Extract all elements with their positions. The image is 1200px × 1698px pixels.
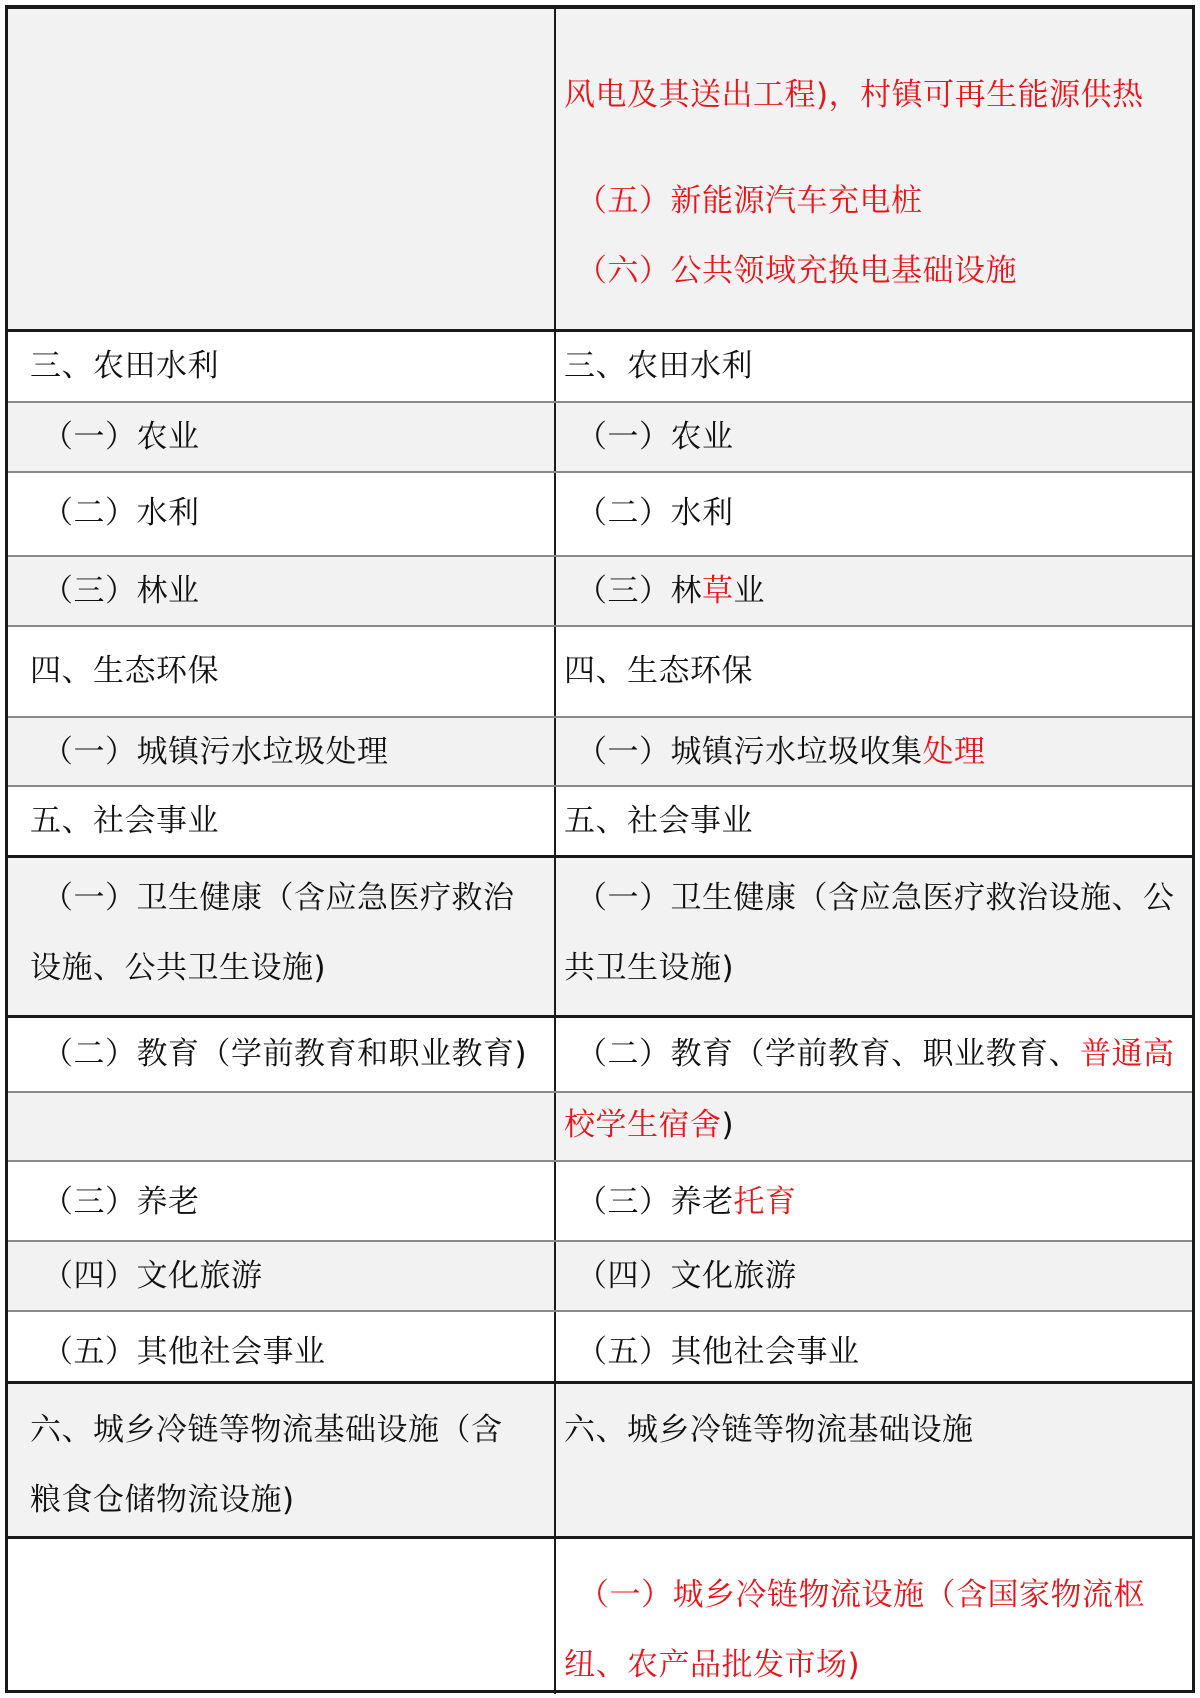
- new-catalog-cell: （三）林草业: [554, 557, 1192, 625]
- cell-text-line: 风电及其送出工程)，村镇可再生能源供热: [564, 75, 1144, 115]
- highlighted-change-text: （一）城乡冷链物流设施（含国家物流枢: [578, 1577, 1145, 1613]
- cell-text-line: （一）卫生健康（含应急医疗救治: [42, 878, 515, 918]
- text-segment: （一）卫生健康（含应急医疗救治: [42, 880, 515, 916]
- cell-text-line: 粮食仓储物流设施): [30, 1480, 295, 1520]
- new-catalog-cell: 校学生宿舍): [554, 1093, 1192, 1160]
- text-segment: （二）教育（学前教育和职业教育): [42, 1036, 527, 1072]
- cell-text-line: （一）农业: [42, 417, 200, 457]
- new-catalog-cell: （一）城镇污水垃圾收集处理: [554, 718, 1192, 785]
- text-segment: （三）养老: [42, 1184, 200, 1220]
- text-segment: 六、城乡冷链等物流基础设施: [564, 1412, 974, 1448]
- text-segment: 粮食仓储物流设施): [30, 1482, 295, 1518]
- cell-text-line: （五）新能源汽车充电桩: [576, 181, 923, 221]
- new-catalog-cell: （二）教育（学前教育、职业教育、普通高: [554, 1018, 1192, 1091]
- cell-text-line: 六、城乡冷链等物流基础设施: [564, 1410, 974, 1450]
- text-segment: 共卫生设施): [564, 950, 734, 986]
- old-catalog-cell: （一）农业: [8, 403, 554, 471]
- old-catalog-cell: 五、社会事业: [8, 787, 554, 855]
- highlighted-change-text: 处理: [923, 734, 986, 770]
- table-row: 校学生宿舍): [8, 1093, 1192, 1162]
- text-segment: （一）城镇污水垃圾处理: [42, 734, 389, 770]
- table-row: （一）城镇污水垃圾处理（一）城镇污水垃圾收集处理: [8, 718, 1192, 787]
- text-segment: （二）水利: [42, 495, 200, 531]
- old-catalog-cell: [8, 1093, 554, 1160]
- text-segment: 业: [734, 573, 766, 609]
- new-catalog-cell: （三）养老托育: [554, 1162, 1192, 1240]
- highlighted-change-text: 托育: [734, 1184, 797, 1220]
- new-catalog-cell: （四）文化旅游: [554, 1242, 1192, 1310]
- text-segment: （二）教育（学前教育、职业教育、: [576, 1036, 1080, 1072]
- text-segment: （一）农业: [42, 419, 200, 455]
- highlighted-change-text: （六）公共领域充换电基础设施: [576, 253, 1017, 289]
- text-segment: 四、生态环保: [564, 653, 753, 689]
- text-segment: （二）水利: [576, 495, 734, 531]
- old-catalog-cell: （二）教育（学前教育和职业教育): [8, 1018, 554, 1091]
- table-row: （二）水利（二）水利: [8, 473, 1192, 557]
- text-segment: 设施、公共卫生设施): [30, 950, 326, 986]
- text-segment: （四）文化旅游: [42, 1258, 263, 1294]
- cell-text-line: 共卫生设施): [564, 948, 734, 988]
- table-row: 四、生态环保四、生态环保: [8, 627, 1192, 718]
- old-catalog-cell: （五）其他社会事业: [8, 1312, 554, 1381]
- new-catalog-cell: 风电及其送出工程)，村镇可再生能源供热（五）新能源汽车充电桩（六）公共领域充换电…: [554, 9, 1192, 329]
- text-segment: （五）其他社会事业: [42, 1334, 326, 1370]
- text-segment: 四、生态环保: [30, 653, 219, 689]
- text-segment: （三）养老: [576, 1184, 734, 1220]
- highlighted-change-text: 纽、农产品批发市场): [564, 1647, 860, 1683]
- cell-text-line: 四、生态环保: [564, 651, 753, 691]
- old-catalog-cell: [8, 1539, 554, 1694]
- new-catalog-cell: 五、社会事业: [554, 787, 1192, 855]
- table-row: （二）教育（学前教育和职业教育)（二）教育（学前教育、职业教育、普通高: [8, 1018, 1192, 1093]
- new-catalog-cell: 三、农田水利: [554, 332, 1192, 401]
- cell-text-line: （四）文化旅游: [576, 1256, 797, 1296]
- old-catalog-cell: （二）水利: [8, 473, 554, 555]
- text-segment: （三）林: [576, 573, 702, 609]
- cell-text-line: 五、社会事业: [30, 801, 219, 841]
- cell-text-line: （二）水利: [576, 493, 734, 533]
- cell-text-line: （一）城乡冷链物流设施（含国家物流枢: [578, 1575, 1145, 1615]
- highlighted-change-text: 普通高: [1080, 1036, 1175, 1072]
- new-catalog-cell: 六、城乡冷链等物流基础设施: [554, 1384, 1192, 1536]
- cell-text-line: （四）文化旅游: [42, 1256, 263, 1296]
- text-segment: （一）卫生健康（含应急医疗救治设施、公: [576, 880, 1175, 916]
- cell-text-line: （三）养老托育: [576, 1182, 797, 1222]
- old-catalog-cell: （一）卫生健康（含应急医疗救治设施、公共卫生设施): [8, 858, 554, 1015]
- old-catalog-cell: [8, 9, 554, 329]
- text-segment: （四）文化旅游: [576, 1258, 797, 1294]
- text-segment: 三、农田水利: [564, 348, 753, 384]
- text-segment: ): [722, 1107, 735, 1143]
- old-catalog-cell: 四、生态环保: [8, 627, 554, 716]
- new-catalog-cell: （一）城乡冷链物流设施（含国家物流枢纽、农产品批发市场): [554, 1539, 1192, 1694]
- cell-text-line: 五、社会事业: [564, 801, 753, 841]
- cell-text-line: 设施、公共卫生设施): [30, 948, 326, 988]
- new-catalog-cell: （一）卫生健康（含应急医疗救治设施、公共卫生设施): [554, 858, 1192, 1015]
- table-row: （三）林业（三）林草业: [8, 557, 1192, 627]
- old-catalog-cell: （三）养老: [8, 1162, 554, 1240]
- comparison-table: 风电及其送出工程)，村镇可再生能源供热（五）新能源汽车充电桩（六）公共领域充换电…: [5, 5, 1195, 1693]
- cell-text-line: （三）林草业: [576, 571, 765, 611]
- text-segment: （一）农业: [576, 419, 734, 455]
- new-catalog-cell: （二）水利: [554, 473, 1192, 555]
- text-segment: 五、社会事业: [564, 803, 753, 839]
- new-catalog-cell: 四、生态环保: [554, 627, 1192, 716]
- new-catalog-cell: （一）农业: [554, 403, 1192, 471]
- cell-text-line: （五）其他社会事业: [576, 1332, 860, 1372]
- text-segment: 五、社会事业: [30, 803, 219, 839]
- cell-text-line: 六、城乡冷链等物流基础设施（含: [30, 1410, 503, 1450]
- table-row: 六、城乡冷链等物流基础设施（含粮食仓储物流设施)六、城乡冷链等物流基础设施: [8, 1384, 1192, 1539]
- table-row: （一）卫生健康（含应急医疗救治设施、公共卫生设施)（一）卫生健康（含应急医疗救治…: [8, 858, 1192, 1018]
- table-row: 五、社会事业五、社会事业: [8, 787, 1192, 858]
- cell-text-line: 校学生宿舍): [564, 1105, 734, 1145]
- cell-text-line: （六）公共领域充换电基础设施: [576, 251, 1017, 291]
- text-segment: 三、农田水利: [30, 348, 219, 384]
- table-row: 三、农田水利三、农田水利: [8, 332, 1192, 403]
- cell-text-line: （一）农业: [576, 417, 734, 457]
- old-catalog-cell: 三、农田水利: [8, 332, 554, 401]
- highlighted-change-text: （五）新能源汽车充电桩: [576, 183, 923, 219]
- table-row: （五）其他社会事业（五）其他社会事业: [8, 1312, 1192, 1384]
- cell-text-line: （二）教育（学前教育、职业教育、普通高: [576, 1034, 1175, 1074]
- text-segment: 六、城乡冷链等物流基础设施（含: [30, 1412, 503, 1448]
- table-row: （一）城乡冷链物流设施（含国家物流枢纽、农产品批发市场): [8, 1539, 1192, 1694]
- text-segment: （三）林业: [42, 573, 200, 609]
- text-segment: （五）其他社会事业: [576, 1334, 860, 1370]
- cell-text-line: 纽、农产品批发市场): [564, 1645, 860, 1685]
- table-row: （三）养老（三）养老托育: [8, 1162, 1192, 1242]
- cell-text-line: （二）水利: [42, 493, 200, 533]
- old-catalog-cell: （三）林业: [8, 557, 554, 625]
- new-catalog-cell: （五）其他社会事业: [554, 1312, 1192, 1381]
- cell-text-line: （一）城镇污水垃圾处理: [42, 732, 389, 772]
- cell-text-line: （一）卫生健康（含应急医疗救治设施、公: [576, 878, 1175, 918]
- cell-text-line: 四、生态环保: [30, 651, 219, 691]
- table-row: （四）文化旅游（四）文化旅游: [8, 1242, 1192, 1312]
- cell-text-line: （五）其他社会事业: [42, 1332, 326, 1372]
- cell-text-line: （二）教育（学前教育和职业教育): [42, 1034, 527, 1074]
- cell-text-line: 三、农田水利: [30, 346, 219, 386]
- cell-text-line: （三）林业: [42, 571, 200, 611]
- highlighted-change-text: 校学生宿舍: [564, 1107, 722, 1143]
- highlighted-change-text: 草: [702, 573, 734, 609]
- highlighted-change-text: 风电及其送出工程)，村镇可再生能源供热: [564, 77, 1144, 113]
- table-row: （一）农业（一）农业: [8, 403, 1192, 473]
- cell-text-line: （一）城镇污水垃圾收集处理: [576, 732, 986, 772]
- old-catalog-cell: （四）文化旅游: [8, 1242, 554, 1310]
- table-row: 风电及其送出工程)，村镇可再生能源供热（五）新能源汽车充电桩（六）公共领域充换电…: [8, 9, 1192, 332]
- cell-text-line: （三）养老: [42, 1182, 200, 1222]
- text-segment: （一）城镇污水垃圾收集: [576, 734, 923, 770]
- old-catalog-cell: 六、城乡冷链等物流基础设施（含粮食仓储物流设施): [8, 1384, 554, 1536]
- cell-text-line: 三、农田水利: [564, 346, 753, 386]
- old-catalog-cell: （一）城镇污水垃圾处理: [8, 718, 554, 785]
